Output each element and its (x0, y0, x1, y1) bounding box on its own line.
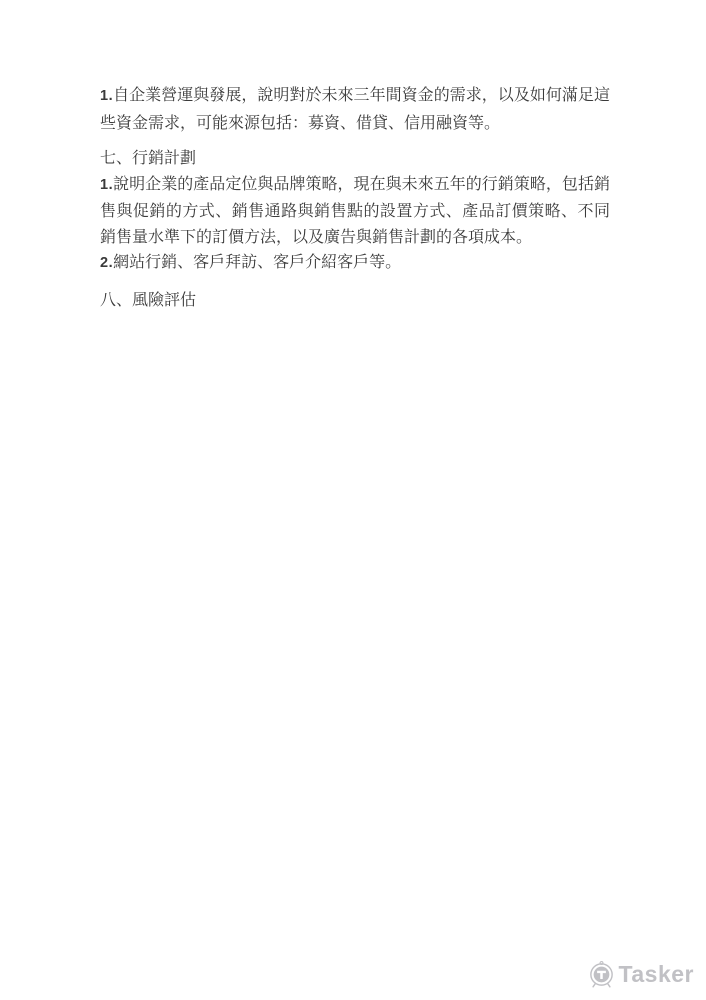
tasker-badge-icon (588, 961, 615, 988)
section-heading: 八、風險評估 (100, 287, 610, 313)
section-heading: 七、行銷計劃 (100, 145, 610, 171)
paragraph: 1.說明企業的產品定位與品牌策略，現在與未來五年的行銷策略，包括銷售與促銷的方式… (100, 171, 610, 250)
paragraph: 2.網站行銷、客戶拜訪、客戶介紹客戶等。 (100, 249, 610, 277)
document-page: 1.自企業營運與發展，說明對於未來三年間資金的需求，以及如何滿足這些資金需求，可… (0, 0, 706, 1000)
watermark-label: Tasker (619, 963, 694, 986)
list-number: 1. (100, 177, 113, 193)
watermark: Tasker (588, 961, 694, 988)
list-number: 1. (100, 88, 113, 104)
document-content: 1.自企業營運與發展，說明對於未來三年間資金的需求，以及如何滿足這些資金需求，可… (100, 82, 610, 312)
list-number: 2. (100, 255, 113, 271)
paragraph: 1.自企業營運與發展，說明對於未來三年間資金的需求，以及如何滿足這些資金需求，可… (100, 82, 610, 135)
